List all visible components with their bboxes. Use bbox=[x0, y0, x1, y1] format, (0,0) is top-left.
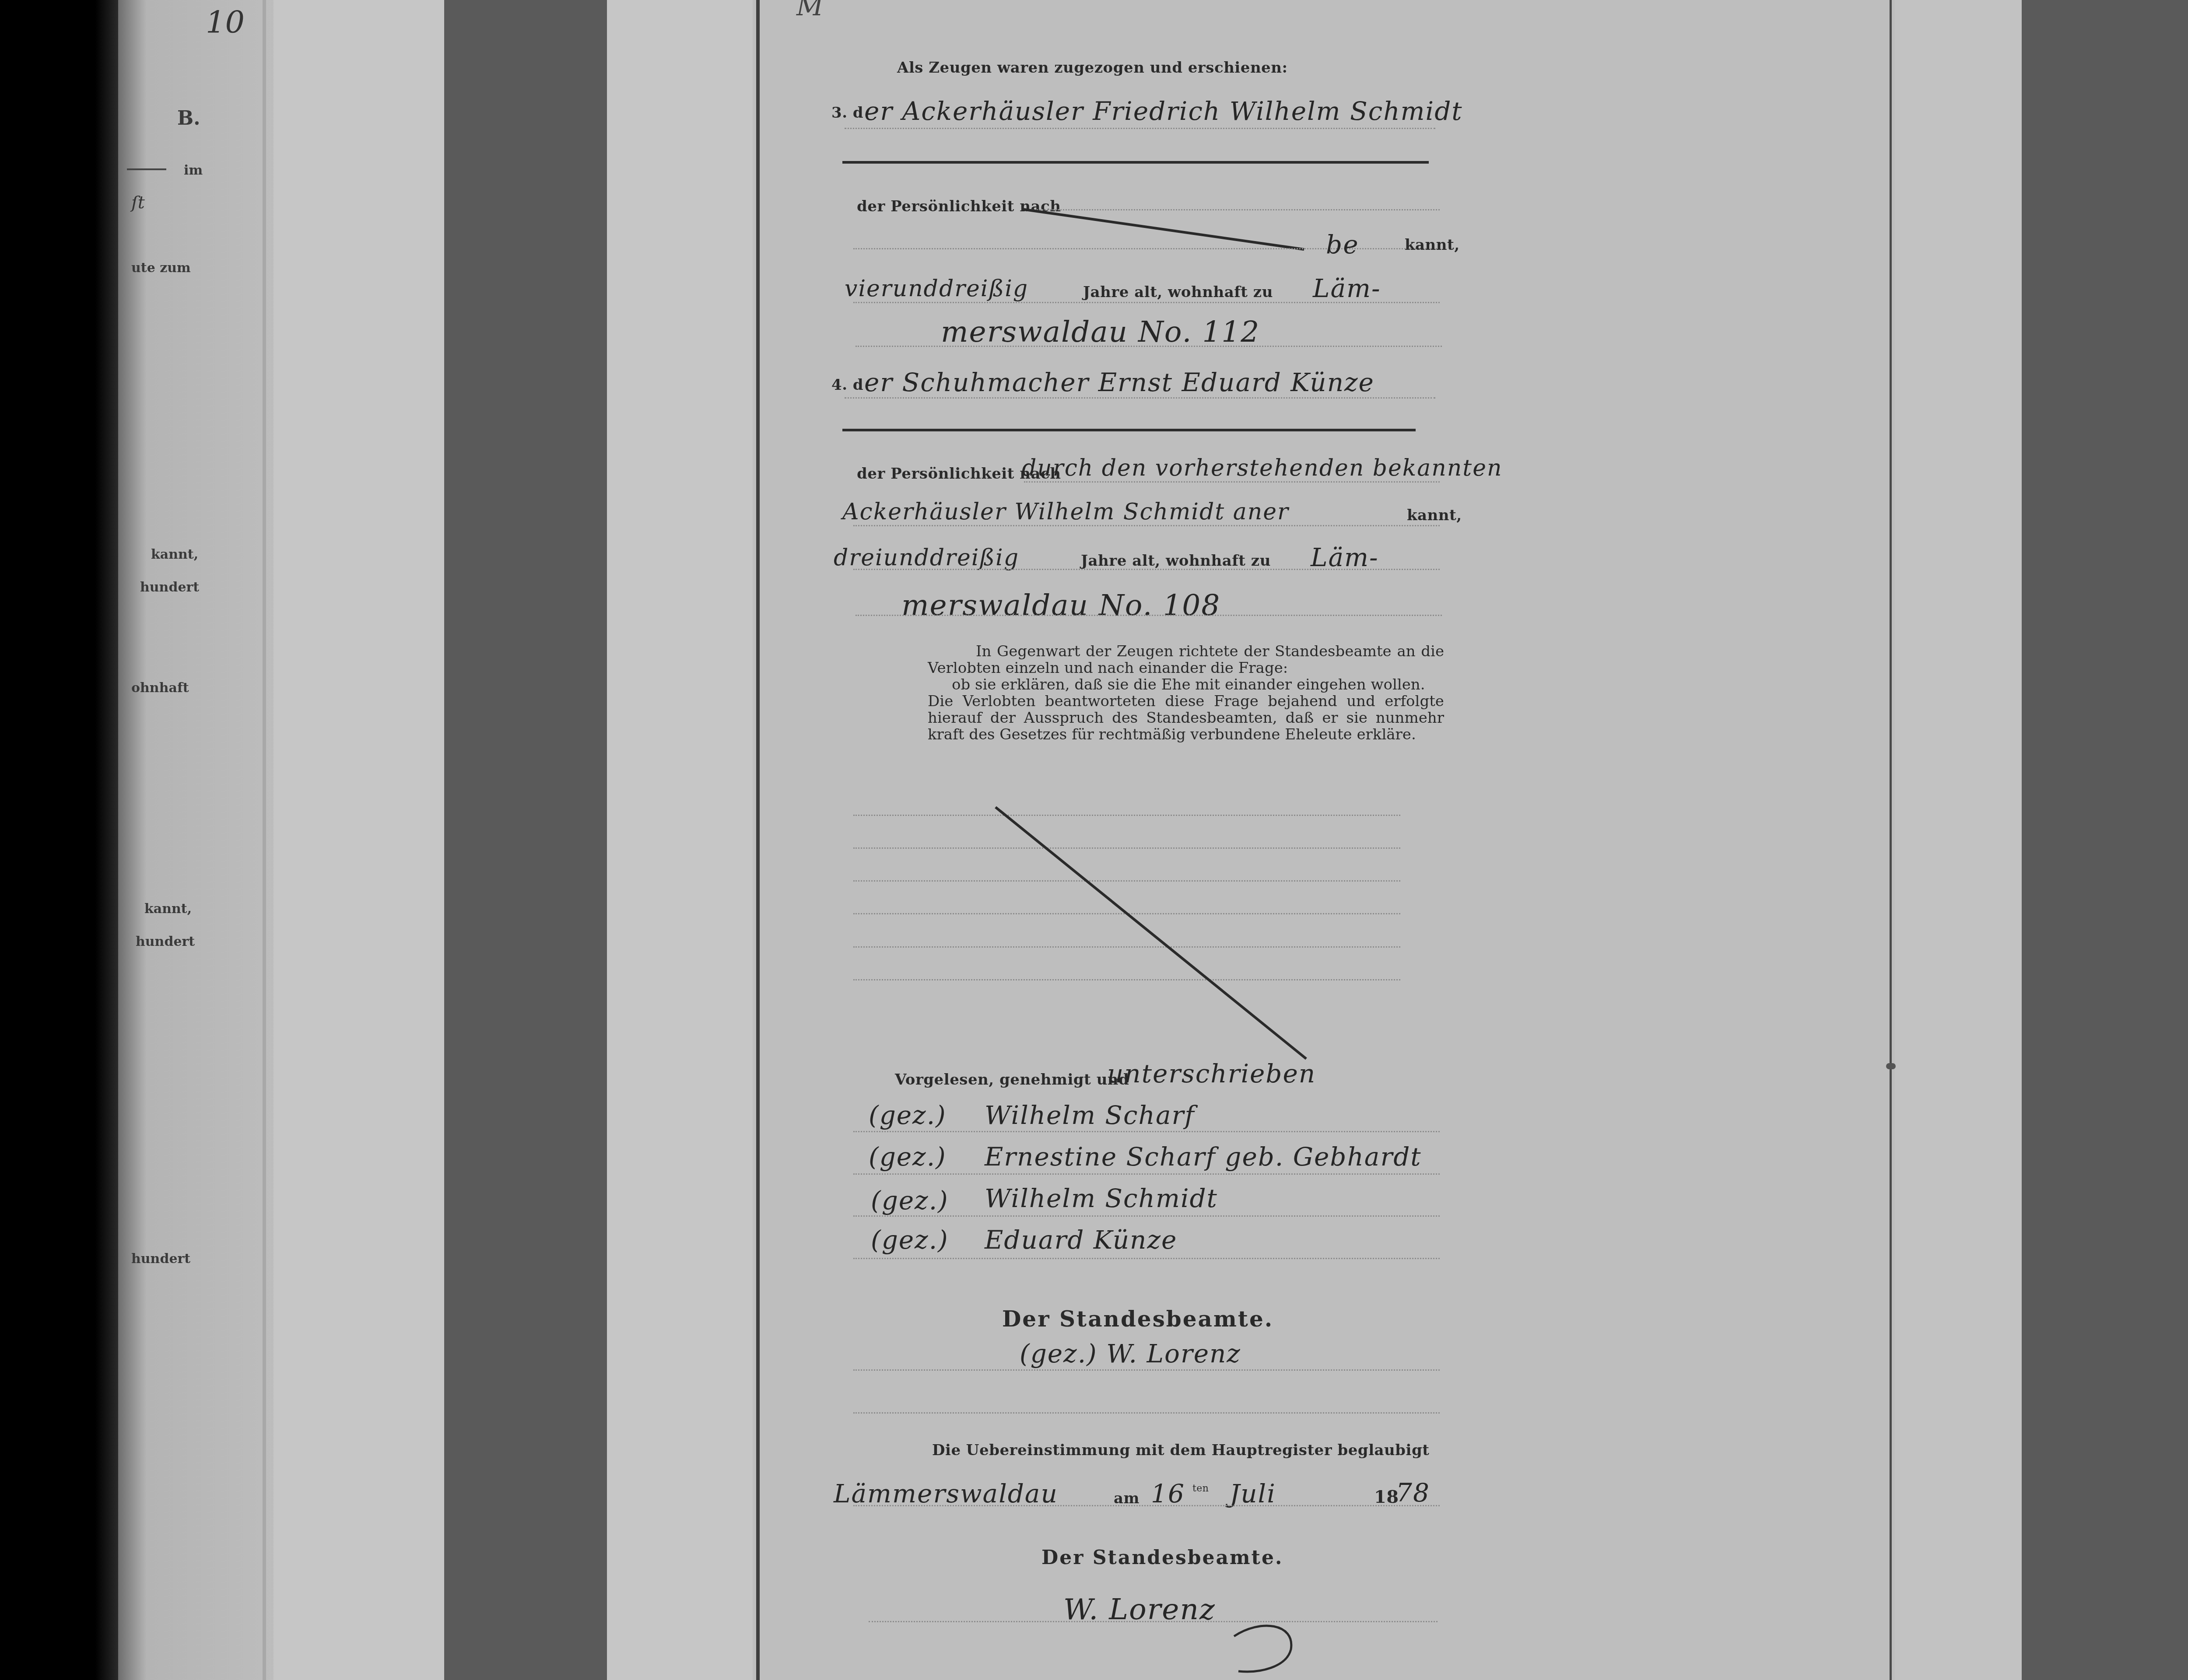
left-page-rule bbox=[263, 0, 266, 1680]
known-suffix: kannt, bbox=[1407, 507, 1462, 524]
left-fragment: hundert bbox=[131, 1251, 190, 1267]
dark-band-left bbox=[444, 0, 607, 1680]
dotted-line bbox=[853, 1131, 1440, 1132]
left-fragment: hundert bbox=[136, 934, 195, 949]
light-strip-1 bbox=[273, 0, 446, 1680]
certification-day: 16 bbox=[1151, 1479, 1185, 1508]
certification-am: am bbox=[1114, 1490, 1140, 1507]
film-edge-left bbox=[0, 0, 127, 1680]
ceremony-text-3: Die Verlobten beantworteten diese Frage … bbox=[928, 693, 1444, 743]
residence-line1: Läm- bbox=[1313, 273, 1381, 303]
left-page bbox=[118, 0, 276, 1680]
identity-value-line2: Ackerhäusler Wilhelm Schmidt aner bbox=[842, 499, 1289, 525]
certification-day-suffix: ten bbox=[1192, 1483, 1209, 1494]
dotted-line bbox=[853, 1258, 1440, 1259]
left-fragment: im bbox=[184, 163, 203, 178]
dotted-line bbox=[856, 615, 1442, 616]
signature-prefix: (gez.) bbox=[869, 1100, 947, 1130]
left-fragment: ſt bbox=[131, 192, 145, 213]
dotted-line bbox=[845, 128, 1435, 129]
dotted-line bbox=[853, 1505, 1440, 1506]
left-page-number: 10 bbox=[206, 4, 245, 40]
signature-flourish bbox=[1225, 1610, 1313, 1676]
separator-line bbox=[842, 429, 1416, 431]
left-fragment: ohnhaft bbox=[131, 680, 189, 696]
witness-name: er Ackerhäusler Friedrich Wilhelm Schmid… bbox=[864, 96, 1463, 126]
dotted-line bbox=[845, 397, 1435, 399]
dotted-line bbox=[853, 1412, 1440, 1414]
left-fragment: hundert bbox=[140, 580, 199, 595]
ceremony-paragraph: In Gegenwart der Zeugen richtete der Sta… bbox=[928, 643, 1444, 743]
left-page-line bbox=[127, 168, 166, 170]
certification-year-prefix: 18 bbox=[1374, 1487, 1399, 1507]
page-right-rule bbox=[1890, 0, 1892, 1680]
certification-text: Die Uebereinstimmung mit dem Hauptregist… bbox=[932, 1442, 1429, 1459]
age-label: Jahre alt, wohnhaft zu bbox=[1083, 283, 1273, 301]
dotted-line bbox=[853, 1369, 1440, 1371]
witness-number: 4. d bbox=[831, 376, 863, 394]
left-fragment: kannt, bbox=[144, 901, 192, 917]
signature-intro-value: unterschrieben bbox=[1107, 1059, 1316, 1088]
dotted-line bbox=[869, 1621, 1438, 1622]
strike-line bbox=[1020, 206, 1326, 254]
witness-name: er Schuhmacher Ernst Eduard Künze bbox=[864, 367, 1375, 397]
age-words: dreiunddreißig bbox=[834, 545, 1019, 571]
certification-place: Lämmerswaldau bbox=[834, 1479, 1058, 1508]
dotted-line bbox=[853, 525, 1440, 526]
dotted-line bbox=[853, 1215, 1440, 1217]
signature-name: Wilhelm Schmidt bbox=[985, 1183, 1218, 1213]
light-strip-2 bbox=[607, 0, 753, 1680]
signature-prefix: (gez.) bbox=[869, 1142, 947, 1172]
dotted-line bbox=[1024, 481, 1440, 483]
certification-month: Juli bbox=[1230, 1479, 1276, 1508]
page-left-rule bbox=[756, 0, 760, 1680]
signature-name: Ernestine Scharf geb. Gebhardt bbox=[985, 1142, 1422, 1172]
dotted-line bbox=[856, 346, 1442, 347]
registrar-heading-2: Der Standesbeamte. bbox=[1041, 1547, 1283, 1569]
blank-area-strike bbox=[985, 805, 1335, 1067]
signature-name: Wilhelm Scharf bbox=[985, 1100, 1195, 1130]
page-rule-mark bbox=[1886, 1063, 1896, 1069]
residence-line2: merswaldau No. 108 bbox=[901, 588, 1220, 622]
residence-line2: merswaldau No. 112 bbox=[941, 315, 1260, 349]
dark-band-right bbox=[2022, 0, 2188, 1680]
left-fragment: kannt, bbox=[151, 547, 198, 562]
light-strip-3 bbox=[1895, 0, 2022, 1680]
age-words: vierunddreißig bbox=[845, 276, 1028, 302]
left-fragment: ute zum bbox=[131, 260, 191, 276]
identity-value: durch den vorherstehenden bekannten bbox=[1022, 455, 1502, 481]
witness-number: 3. d bbox=[831, 104, 863, 122]
known-prefix: be bbox=[1326, 230, 1359, 259]
signature-intro-label: Vorgelesen, genehmigt und bbox=[895, 1071, 1129, 1088]
dotted-line bbox=[853, 1173, 1440, 1175]
ceremony-text-1: In Gegenwart der Zeugen richtete der Sta… bbox=[928, 643, 1444, 676]
registrar-signature: (gez.) W. Lorenz bbox=[1020, 1339, 1241, 1368]
left-section-letter: B. bbox=[177, 107, 200, 129]
signature-prefix: (gez.) bbox=[871, 1186, 949, 1215]
separator-line bbox=[842, 161, 1429, 164]
known-suffix: kannt, bbox=[1405, 236, 1460, 254]
ceremony-text-2: ob sie erklären, daß sie die Ehe mit ein… bbox=[928, 676, 1444, 693]
witnesses-heading: Als Zeugen waren zugezogen und erschiene… bbox=[897, 59, 1288, 77]
corner-mark: M bbox=[796, 0, 824, 22]
certification-year-suffix: 78 bbox=[1396, 1478, 1430, 1508]
age-label: Jahre alt, wohnhaft zu bbox=[1081, 552, 1271, 570]
signature-prefix: (gez.) bbox=[871, 1225, 949, 1255]
registrar-heading: Der Standesbeamte. bbox=[1002, 1306, 1273, 1332]
signature-name: Eduard Künze bbox=[985, 1225, 1177, 1255]
residence-line1: Läm- bbox=[1311, 542, 1379, 572]
